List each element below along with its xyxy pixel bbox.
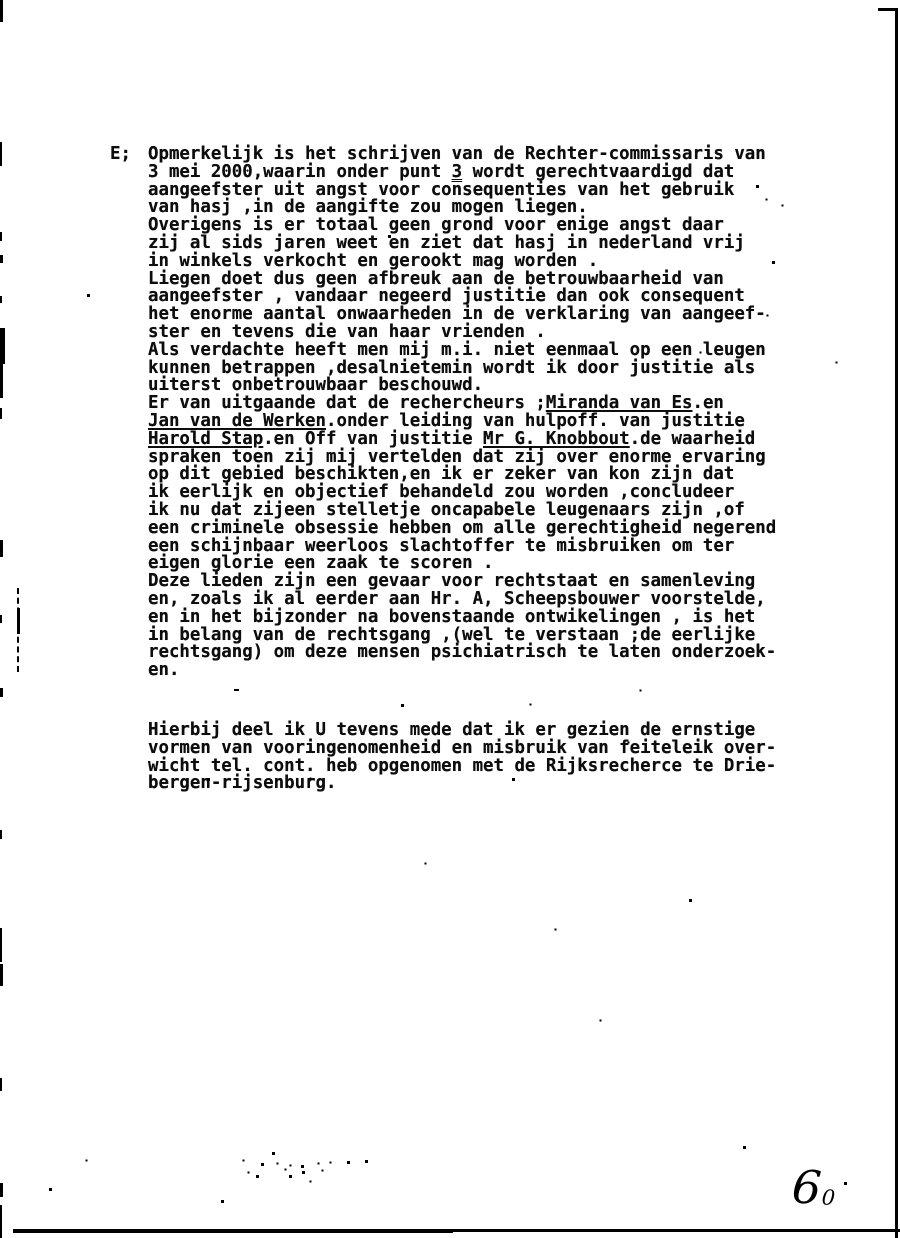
- scan-edge-right: [895, 8, 898, 1238]
- text-line: en.: [148, 662, 830, 680]
- scan-edge-left: [0, 232, 2, 241]
- text-line: bergen-rijsenburg.: [148, 775, 830, 793]
- scan-edge-left: [0, 928, 2, 962]
- scan-edge-left: [0, 255, 3, 263]
- text-segment: bergen-rijsenburg.: [148, 773, 336, 793]
- scan-edge-left: [0, 1078, 2, 1091]
- text-segment: en.: [148, 660, 179, 680]
- scan-edge-left: [0, 362, 3, 398]
- scan-edge-left: [0, 1205, 2, 1238]
- text-line: rechtsgang) om deze mensen psichiatrisch…: [148, 644, 830, 662]
- typewritten-document: E; Opmerkelijk is het schrijven van de R…: [110, 146, 830, 793]
- scan-noise-specks: [0, 0, 1, 1]
- scan-edge-left: [0, 1183, 3, 1197]
- scan-edge-left: [0, 142, 2, 166]
- scan-edge-top-tick: [878, 8, 898, 11]
- scan-edge-left: [0, 615, 2, 623]
- scan-edge-left: [0, 0, 3, 22]
- scan-edge-left: [0, 964, 3, 986]
- scan-edge-left: [0, 830, 2, 839]
- closing-paragraph-block: Hierbij deel ik U tevens mede dat ik er …: [148, 722, 830, 793]
- scan-edge-left: [0, 540, 3, 557]
- section-label: E;: [110, 146, 148, 164]
- scan-edge-left: [0, 688, 3, 697]
- scan-edge-left: [0, 328, 5, 364]
- scan-edge-bottom-thick: [13, 1231, 453, 1233]
- scan-edge-left: [0, 408, 2, 419]
- handwritten-page-number: 60: [790, 1157, 874, 1222]
- text-segment: rechtsgang) om deze mensen psichiatrisch…: [148, 642, 776, 662]
- scan-edge-left: [0, 296, 2, 303]
- document-body: Opmerkelijk is het schrijven van de Rech…: [148, 146, 830, 793]
- scan-scratch-solid: [17, 608, 20, 634]
- main-paragraph-block: Opmerkelijk is het schrijven van de Rech…: [148, 146, 830, 680]
- scan-dash-mark: [234, 689, 239, 691]
